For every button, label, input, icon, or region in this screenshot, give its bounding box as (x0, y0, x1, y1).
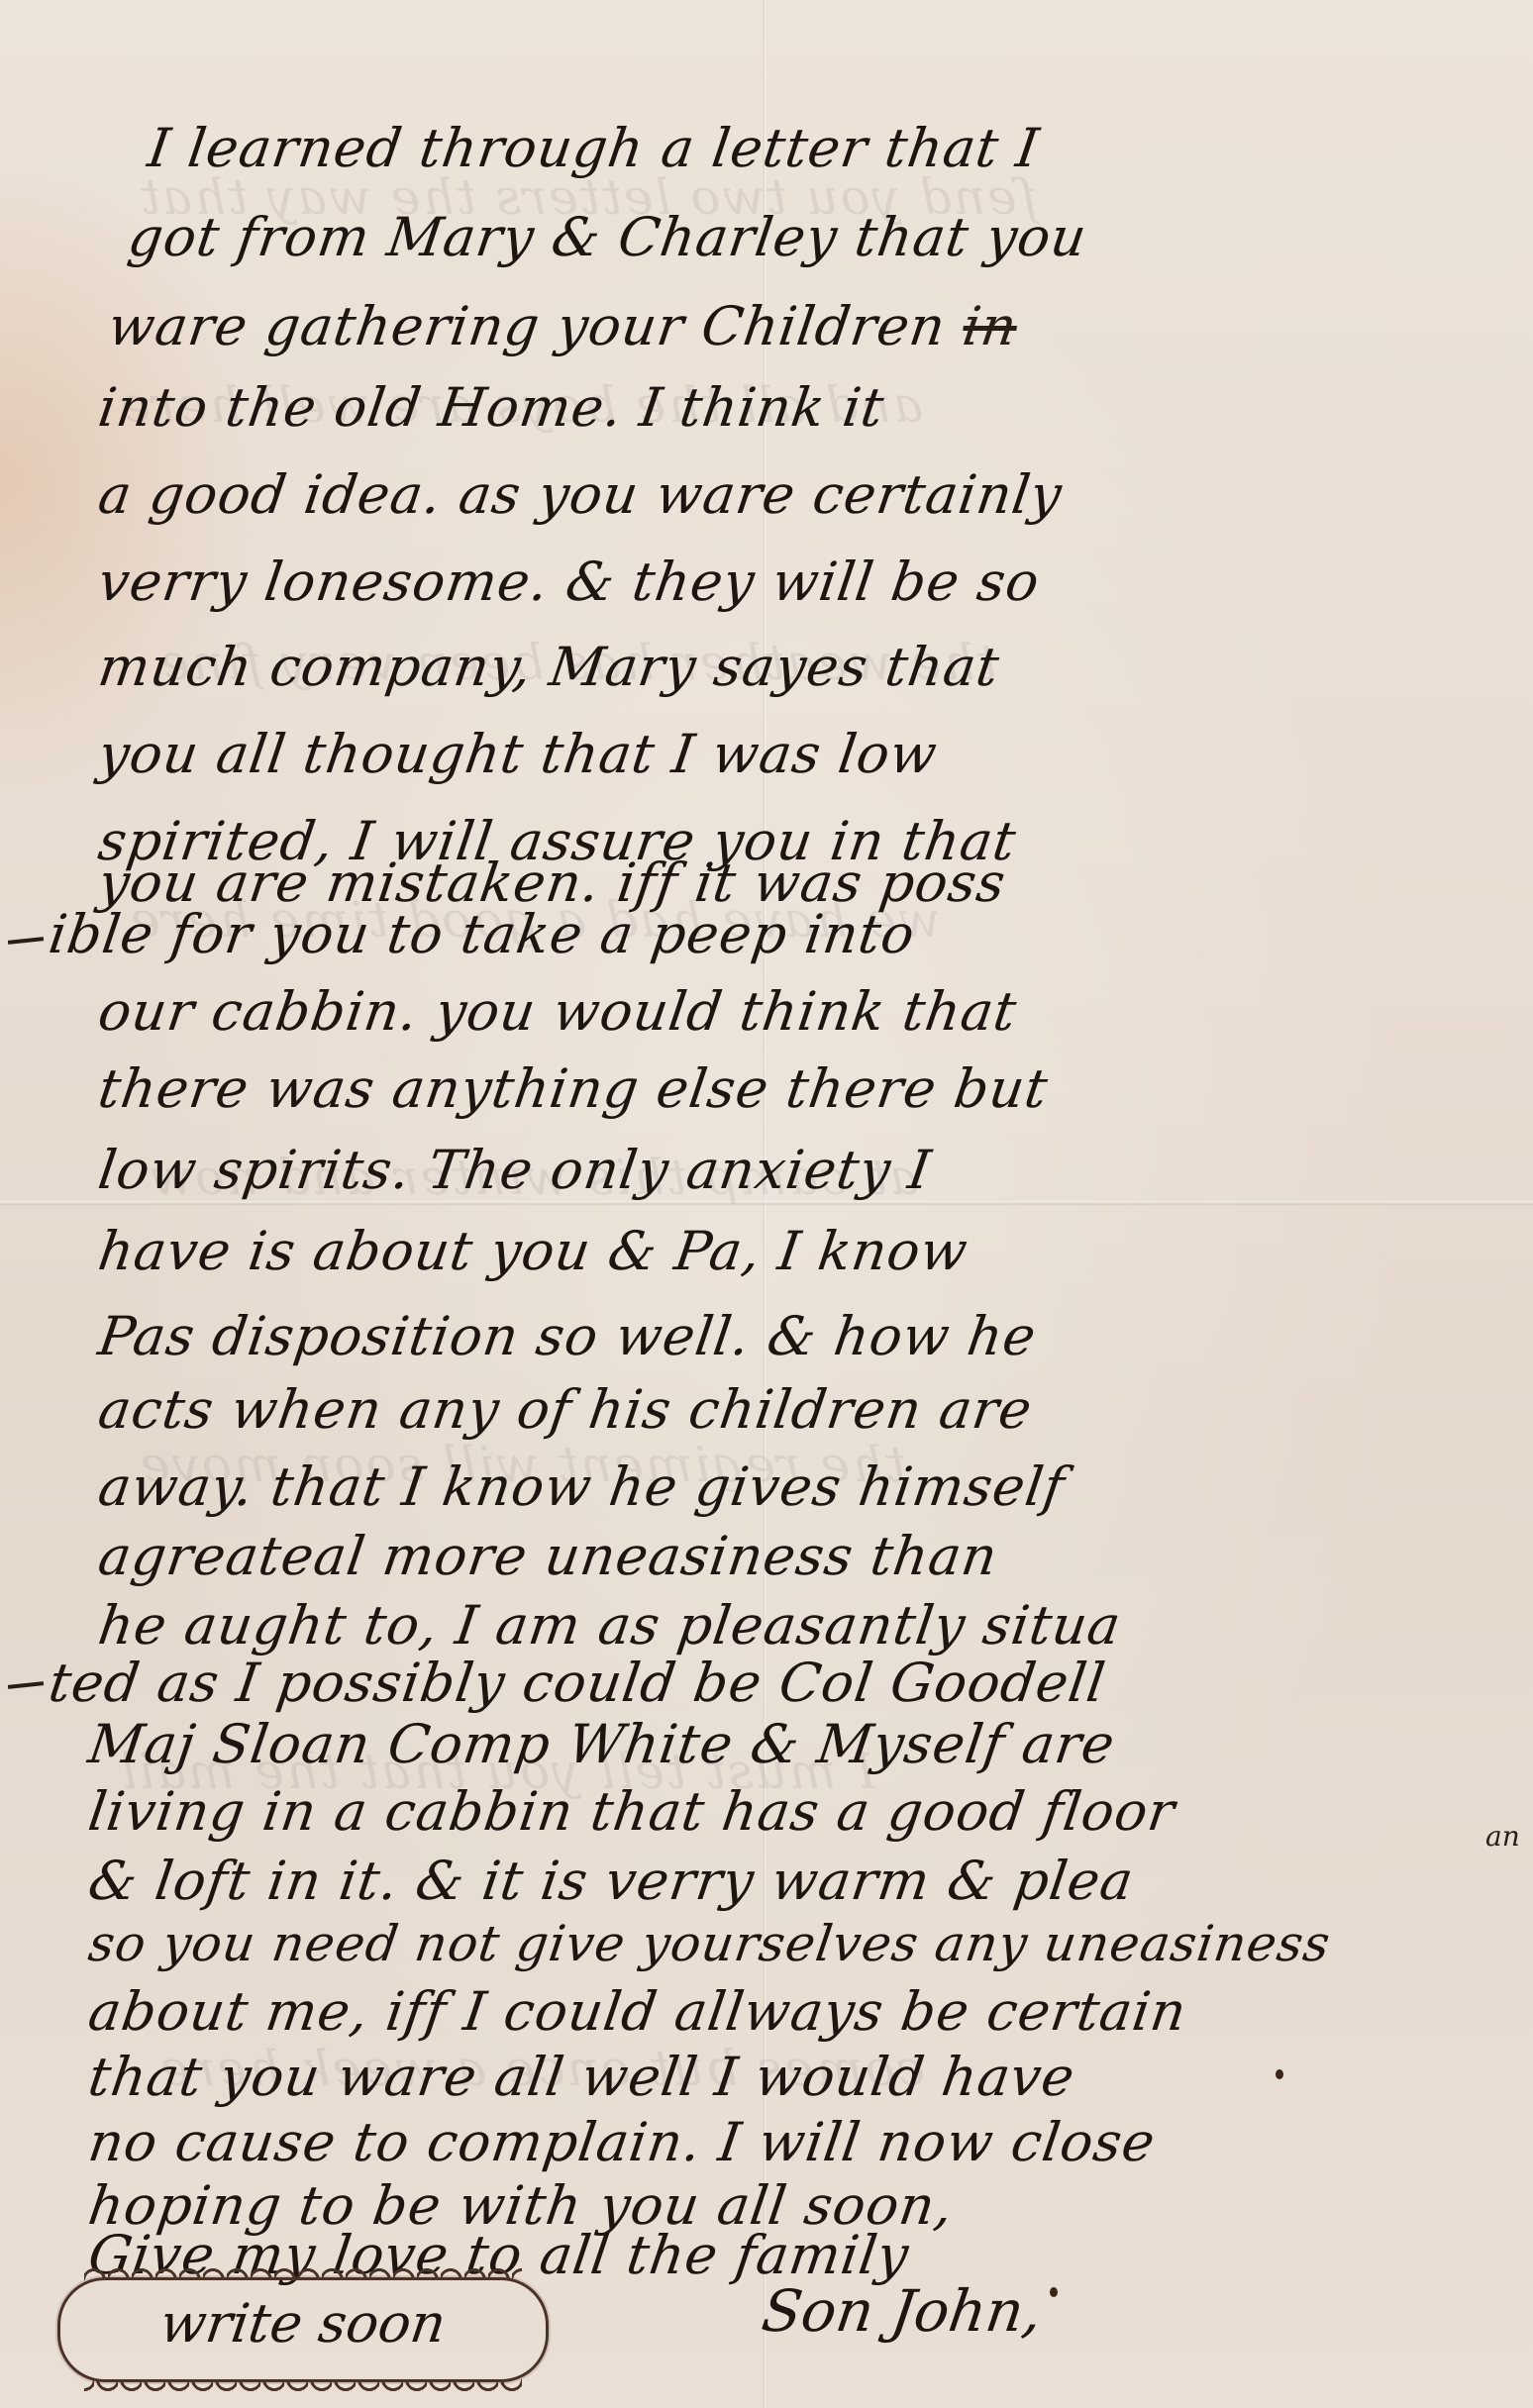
letter-line-17: acts when any of his children are (95, 1378, 1037, 1441)
letter-line-14: low spirits. The only anxiety I (95, 1139, 936, 1201)
letter-line-13: there was anything else there but (95, 1057, 1053, 1120)
letter-line-19: agreateal more uneasiness than (95, 1525, 1002, 1587)
letter-line-24: & loft in it. & it is verry warm & plea (85, 1850, 1138, 1912)
hyphen-mark (8, 937, 44, 945)
letter-line-5: a good idea. as you ware certainly (95, 463, 1067, 526)
letter-line-11: ible for you to take a peep into (46, 903, 919, 965)
letter-line-21: ted as I possibly could be Col Goodell (46, 1652, 1110, 1714)
letter-line-3: ware gathering your Children in (105, 295, 1022, 357)
letter-line-6: verry lonesome. & they will be so (95, 551, 1044, 613)
letter-line-15: have is about you & Pa, I know (95, 1220, 972, 1282)
letter-line-23: living in a cabbin that has a good floor (85, 1780, 1179, 1843)
signature: Son John, (758, 2277, 1046, 2345)
letter-line-16: Pas disposition so well. & how he (95, 1305, 1041, 1367)
ink-blot (1276, 2069, 1283, 2079)
letter-line-22: Maj Sloan Comp White & Myself are (85, 1713, 1119, 1775)
letter-line-2: got from Mary & Charley that you (125, 206, 1091, 268)
struck-word: in (959, 295, 1021, 357)
letter-line-12: our cabbin. you would think that (95, 980, 1021, 1043)
letter-line-25: so you need not give yourselves any unea… (85, 1915, 1334, 1972)
letter-line-3-text: ware gathering your Children (105, 295, 951, 357)
ink-blot (1050, 2287, 1058, 2297)
write-soon-text: write soon (56, 2292, 551, 2355)
letter-line-28: no cause to complain. I will now close (85, 2111, 1160, 2173)
inserted-word: an (1485, 1820, 1520, 1853)
hyphen-mark (8, 1681, 44, 1689)
letter-line-8: you all thought that I was low (95, 723, 942, 785)
letter-line-1: I learned through a letter that I (145, 117, 1044, 179)
letter-line-4: into the old Home. I think it (95, 376, 888, 439)
letter-line-20: he aught to, I am as pleasantly situa (95, 1594, 1126, 1656)
letter-line-18: away. that I know he gives himself (95, 1455, 1070, 1518)
letter-page: ſend you two letters the way that and al… (0, 0, 1533, 2408)
letter-line-27: that you ware all well I would have (85, 2046, 1079, 2108)
write-soon-boxed-note: write soon (57, 2277, 549, 2382)
letter-line-26: about me, iff I could allways be certain (85, 1980, 1191, 2043)
letter-line-7: much company, Mary sayes that (95, 636, 1004, 698)
